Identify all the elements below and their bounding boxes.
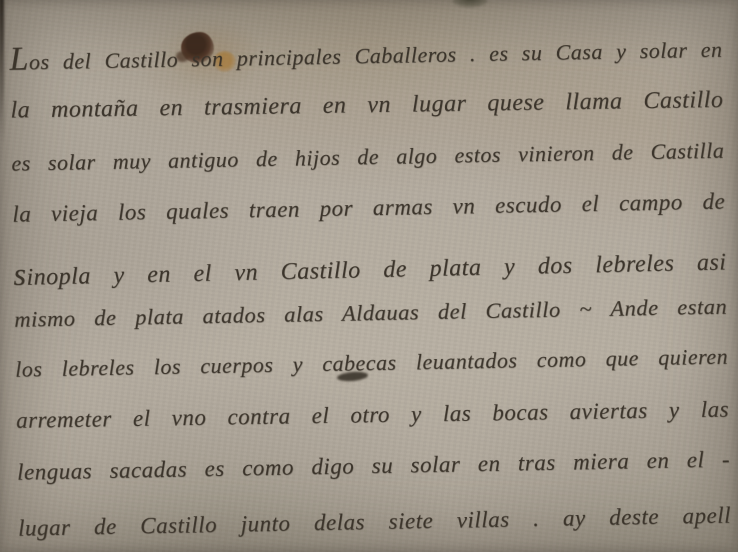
photo-vignette [0, 0, 738, 552]
manuscript-photo: Los del Castillo son principales Caballe… [0, 0, 738, 552]
